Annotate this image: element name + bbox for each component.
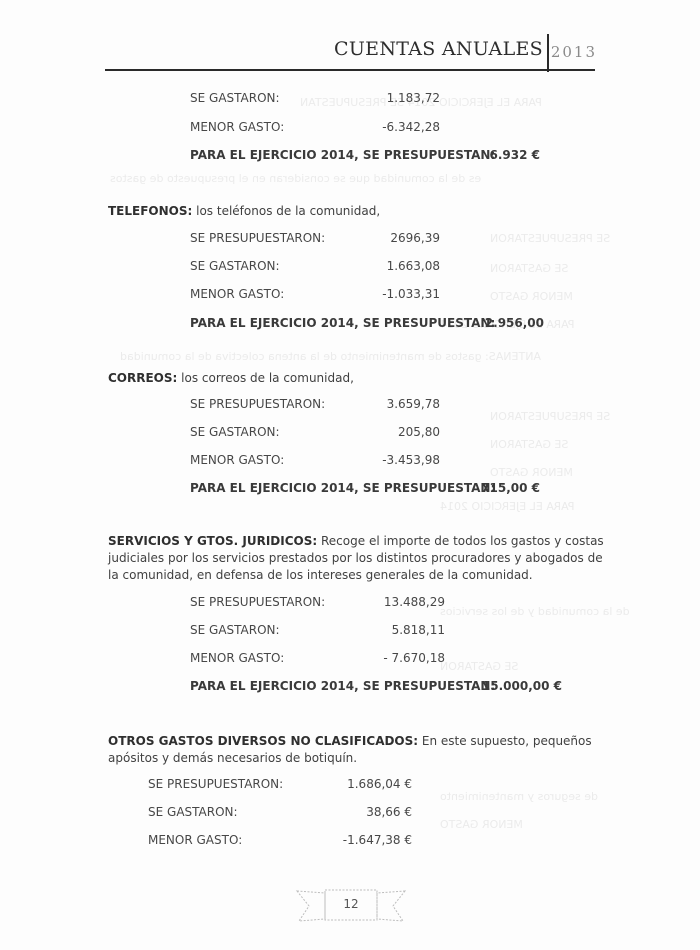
row-label: SE GASTARON: (190, 425, 280, 439)
bleed-through-text: es de la comunidad que se consideran en … (110, 172, 481, 185)
bleed-through-text: SE PRESUPUESTARON (490, 232, 610, 245)
row-label: MENOR GASTO: (148, 833, 242, 847)
page-number: 12 (325, 897, 377, 911)
row-label: SE GASTARON: (190, 91, 280, 105)
section-juridicos-heading: SERVICIOS Y GTOS. JURIDICOS: Recoge el i… (108, 533, 613, 584)
row-value: 13.488,29 (340, 595, 445, 609)
row-value: 3.659,78 (340, 397, 440, 411)
row-label: SE PRESUPUESTARON: (148, 777, 283, 791)
bleed-through-text: PARA EL EJERCICIO 2014 (440, 500, 575, 513)
section-description: los correos de la comunidad, (177, 371, 354, 385)
section-correos-heading: CORREOS: los correos de la comunidad, (108, 370, 610, 387)
row-label: MENOR GASTO: (190, 120, 284, 134)
row-value: -6.342,28 (340, 120, 440, 134)
row-value: -1.647,38 € (308, 833, 412, 847)
row-label: SE GASTARON: (148, 805, 238, 819)
page-header: CUENTAS ANUALES 2013 (105, 34, 605, 72)
section-description: los teléfonos de la comunidad, (192, 204, 380, 218)
row-value: 38,66 € (308, 805, 412, 819)
row-label: SE GASTARON: (190, 623, 280, 637)
row-value: 715,00 € (440, 481, 540, 495)
row-value: 15.000,00 € (440, 679, 562, 693)
bleed-through-text: MENOR GASTO (440, 818, 523, 831)
row-label: MENOR GASTO: (190, 453, 284, 467)
bleed-through-text: de seguros y mantenimiento (440, 790, 598, 803)
row-value: 6.932 € (440, 148, 540, 162)
row-value: -3.453,98 (340, 453, 440, 467)
row-label: SE GASTARON: (190, 259, 280, 273)
row-label: SE PRESUPUESTARON: (190, 595, 325, 609)
row-value: 1.686,04 € (308, 777, 412, 791)
bleed-through-text: MENOR GASTO (490, 466, 573, 479)
row-value: 205,80 (340, 425, 440, 439)
row-value: 5.818,11 (340, 623, 445, 637)
row-label: SE PRESUPUESTARON: (190, 231, 325, 245)
bleed-through-text: MENOR GASTO (490, 290, 573, 303)
document-page: PARA EL EJERCICIO 2014 SE PRESUPUESTAN e… (0, 0, 700, 950)
bleed-through-text: de la comunidad y de los servicios (440, 605, 630, 618)
row-value: 2.956,00 (440, 316, 544, 330)
bleed-through-text: ANTENAS: gastos de mantenimiento de la a… (120, 350, 541, 363)
section-title: SERVICIOS Y GTOS. JURIDICOS: (108, 534, 317, 548)
row-value: 2696,39 (340, 231, 440, 245)
bleed-through-text: SE GASTARON (490, 438, 568, 451)
section-title: CORREOS: (108, 371, 177, 385)
row-value: 1.183,72 (340, 91, 440, 105)
row-value: -1.033,31 (340, 287, 440, 301)
document-year: 2013 (551, 43, 597, 61)
row-value: 1.663,08 (340, 259, 440, 273)
section-otros-heading: OTROS GASTOS DIVERSOS NO CLASIFICADOS: E… (108, 733, 613, 767)
row-value: - 7.670,18 (340, 651, 445, 665)
bleed-through-text: SE GASTARON (490, 262, 568, 275)
section-title: TELEFONOS: (108, 204, 192, 218)
document-title: CUENTAS ANUALES (334, 38, 543, 60)
page-number-banner: 12 (295, 885, 407, 917)
section-title: OTROS GASTOS DIVERSOS NO CLASIFICADOS: (108, 734, 418, 748)
section-telefonos-heading: TELEFONOS: los teléfonos de la comunidad… (108, 203, 610, 220)
header-divider (547, 34, 549, 72)
row-label: MENOR GASTO: (190, 287, 284, 301)
row-label: MENOR GASTO: (190, 651, 284, 665)
bleed-through-text: SE PRESUPUESTARON (490, 410, 610, 423)
bleed-through-text: SE GASTARON (440, 660, 518, 673)
header-rule (105, 69, 595, 71)
row-label: SE PRESUPUESTARON: (190, 397, 325, 411)
